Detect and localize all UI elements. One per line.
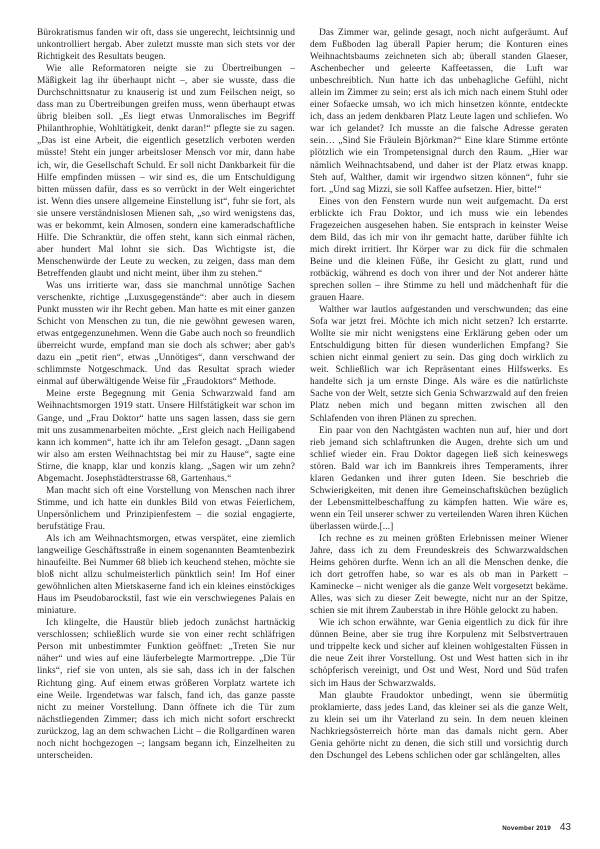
book-page: Bürokratismus fanden wir oft, dass sie u… bbox=[0, 0, 600, 849]
paragraph: Wie ich schon erwähnte, war Genia eigent… bbox=[310, 617, 568, 689]
paragraph: Was uns irritierte war, dass sie manchma… bbox=[37, 280, 295, 388]
footer-page-number: 43 bbox=[560, 822, 571, 833]
paragraph: Ich rechne es zu meinen größten Erlebnis… bbox=[310, 533, 568, 617]
paragraph: Wie alle Reformatoren neigte sie zu Über… bbox=[37, 63, 295, 280]
page-footer: November 2019 43 bbox=[498, 822, 571, 833]
paragraph: Bürokratismus fanden wir oft, dass sie u… bbox=[37, 27, 295, 63]
paragraph: Als ich am Weihnachtsmorgen, etwas versp… bbox=[37, 533, 295, 617]
paragraph: Man macht sich oft eine Vorstellung von … bbox=[37, 485, 295, 533]
text-column-left: Bürokratismus fanden wir oft, dass sie u… bbox=[37, 27, 295, 762]
text-columns: Bürokratismus fanden wir oft, dass sie u… bbox=[37, 27, 568, 762]
paragraph: Walther war lautlos aufgestanden und ver… bbox=[310, 304, 568, 424]
footer-issue-label: November 2019 bbox=[502, 825, 551, 832]
paragraph: Man glaubte Fraudoktor unbedingt, wenn s… bbox=[310, 690, 568, 762]
paragraph: Ich klingelte, die Haustür blieb jedoch … bbox=[37, 617, 295, 762]
paragraph: Das Zimmer war, gelinde gesagt, noch nic… bbox=[310, 27, 568, 196]
text-column-right: Das Zimmer war, gelinde gesagt, noch nic… bbox=[310, 27, 568, 762]
paragraph: Meine erste Begegnung mit Genia Schwarzw… bbox=[37, 388, 295, 484]
paragraph: Ein paar von den Nachtgästen wachten nun… bbox=[310, 425, 568, 533]
paragraph: Eines von den Fenstern wurde nun weit au… bbox=[310, 196, 568, 304]
